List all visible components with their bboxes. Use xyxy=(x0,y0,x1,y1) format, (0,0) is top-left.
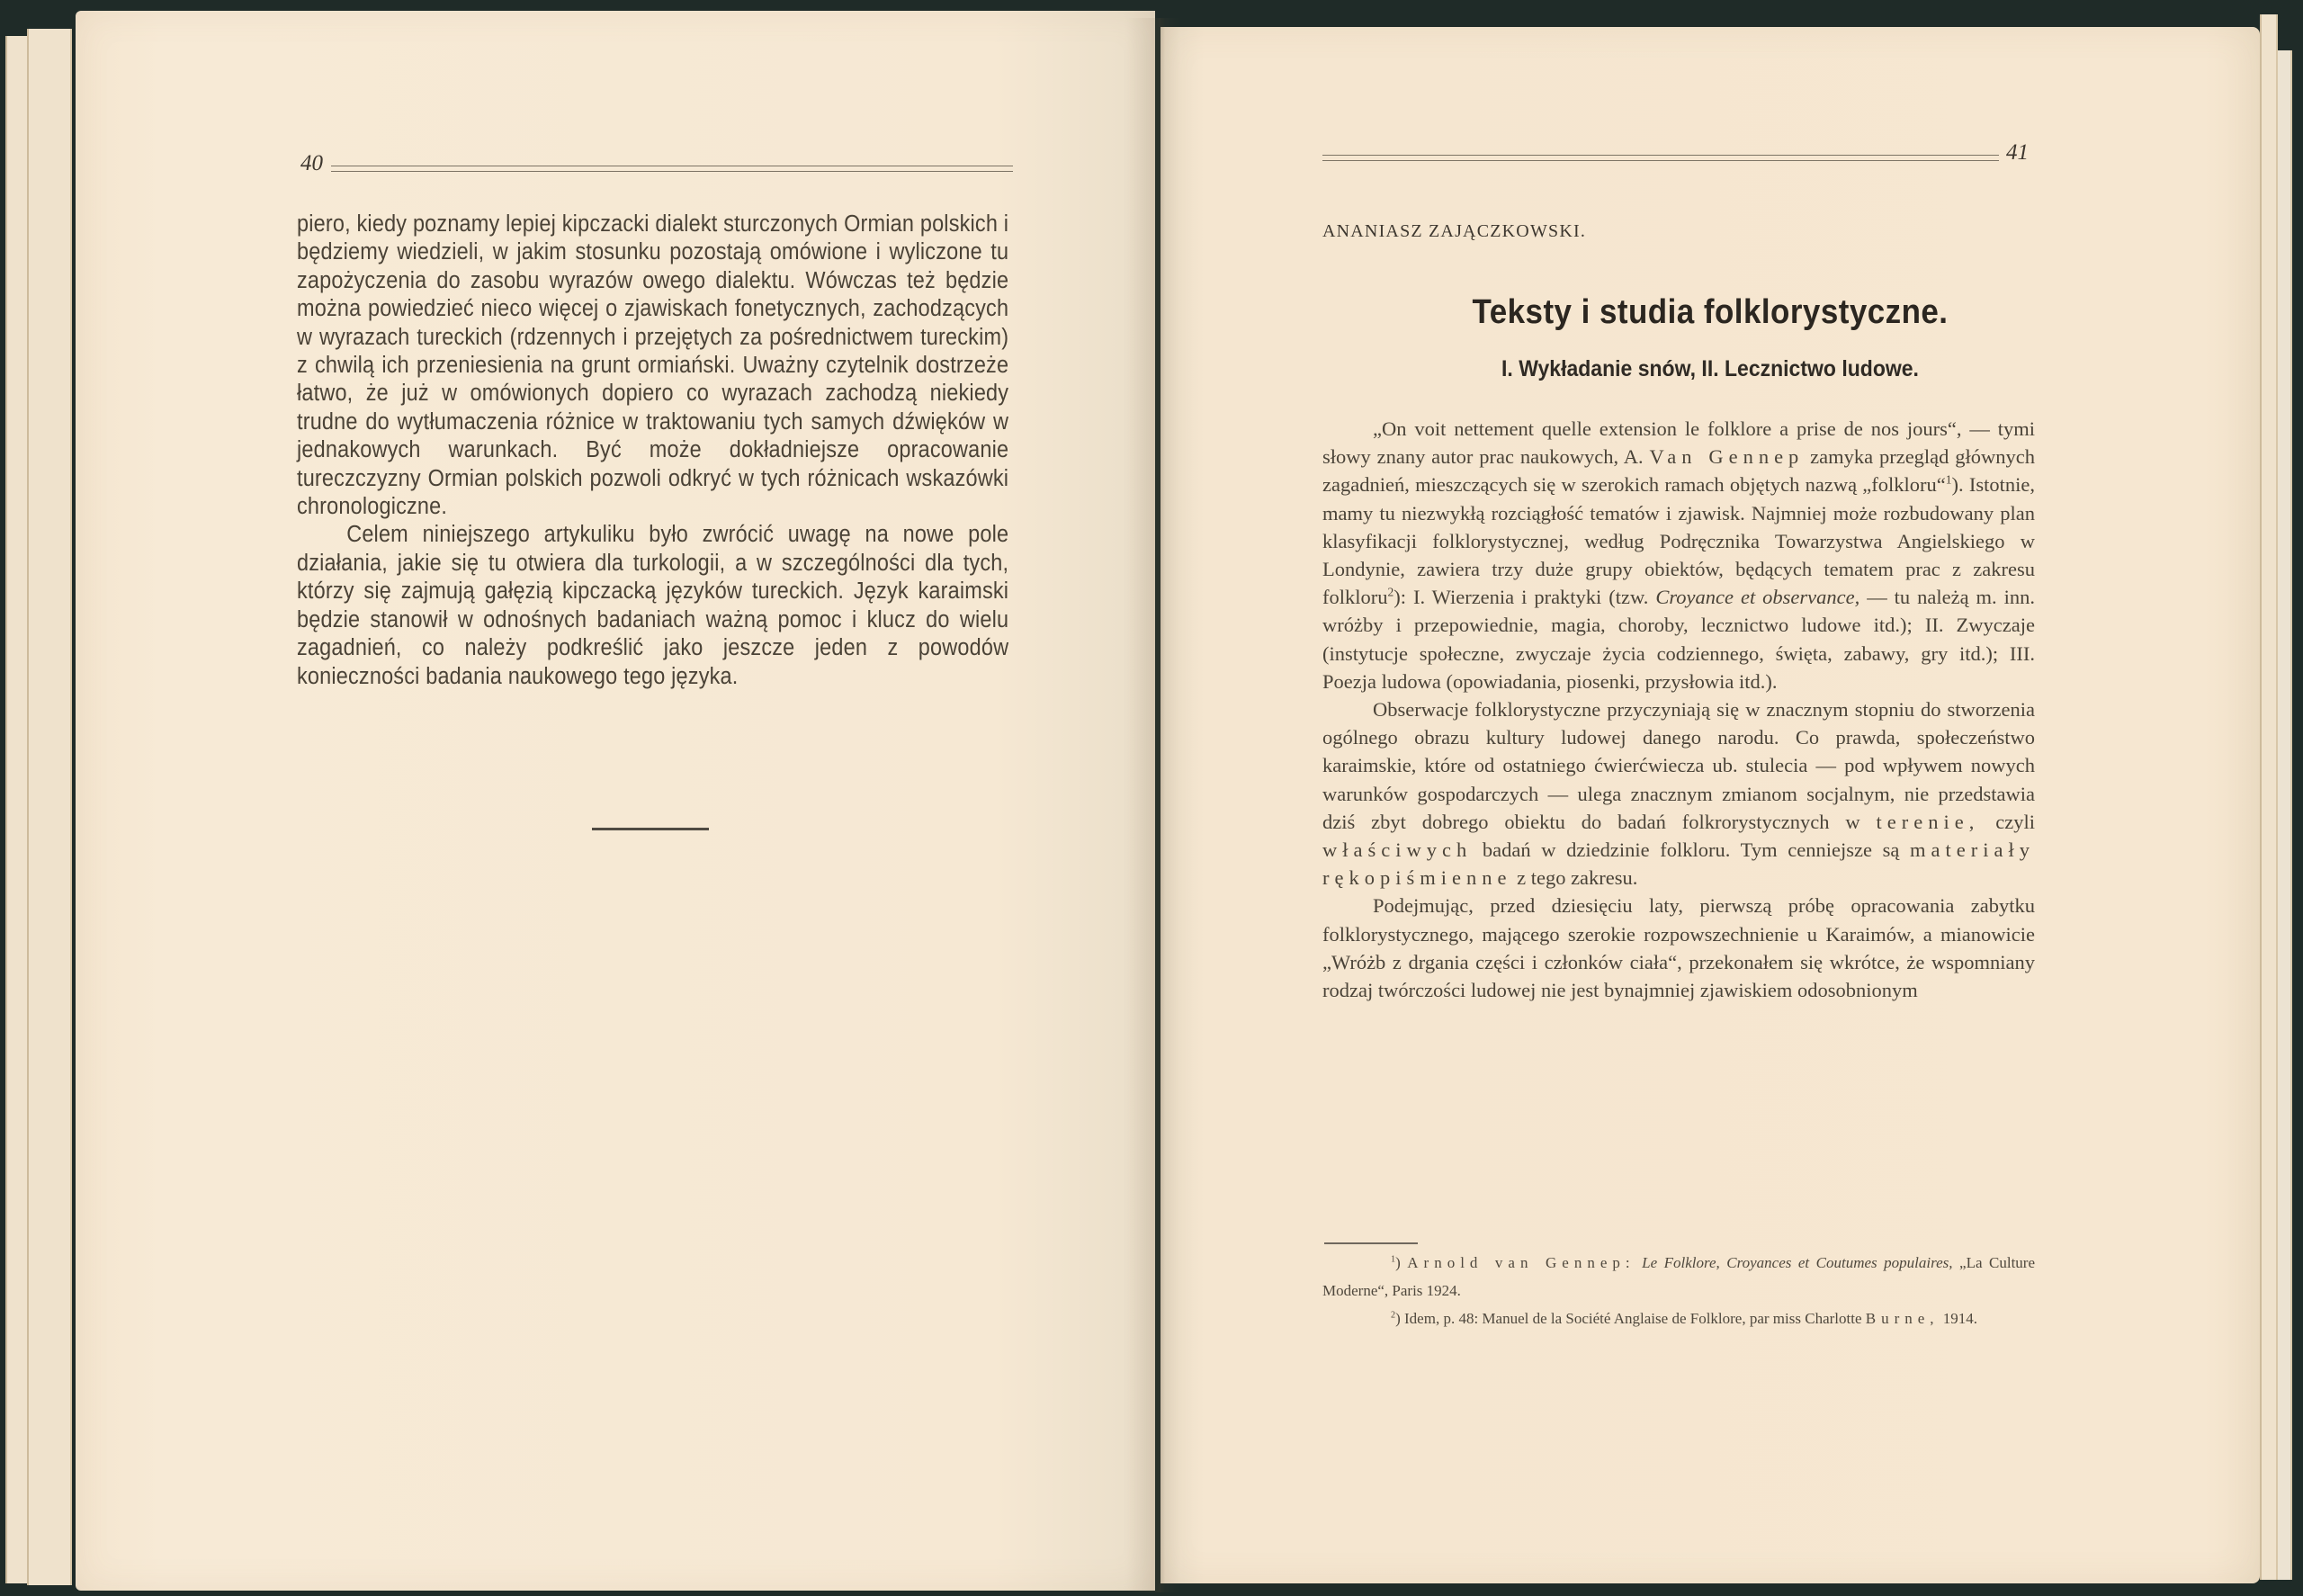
end-of-article-rule xyxy=(592,828,709,830)
footnote-separator xyxy=(1324,1242,1418,1244)
spaced-word-wlasciwych: właściwych xyxy=(1322,838,1472,861)
text-run: ): I. Wierzenia i praktyki (tzw. xyxy=(1393,586,1655,608)
text-run: z tego zakresu. xyxy=(1511,866,1637,889)
text-run: badań w dziedzinie folkloru. Tym cenniej… xyxy=(1472,838,1910,861)
footnote-1: 1) Arnold van Gennep: Le Folklore, Croya… xyxy=(1322,1249,2035,1305)
text-run: Idem, p. 48: Manuel de la Société Anglai… xyxy=(1401,1310,1866,1327)
footnote-mark: 1 xyxy=(1391,1254,1395,1264)
footnote-mark: 2 xyxy=(1391,1310,1395,1320)
page-stack-edge-right-inner xyxy=(2260,14,2278,1580)
right-header-rule xyxy=(1322,155,1999,161)
right-page-body: „On voit nettement quelle extension le f… xyxy=(1322,415,2035,1004)
footnote-work-title: Le Folklore, Croyances et Coutumes popul… xyxy=(1642,1254,1952,1271)
right-paragraph-2: Obserwacje folklorystyczne przyczyniają … xyxy=(1322,695,2035,892)
left-page-body: piero, kiedy poznamy lepiej kipczacki di… xyxy=(297,211,1008,691)
footnotes: 1) Arnold van Gennep: Le Folklore, Croya… xyxy=(1322,1249,2035,1332)
text-run: 1914. xyxy=(1940,1310,1978,1327)
page-stack-edge-right-outer xyxy=(2276,50,2292,1580)
left-page-number: 40 xyxy=(300,151,323,176)
book-spine-gutter xyxy=(1126,18,1180,1592)
spaced-word-terenie: terenie, xyxy=(1877,811,1980,833)
right-paragraph-3: Podejmując, przed dziesięciu laty, pierw… xyxy=(1322,892,2035,1004)
left-paragraph-1: piero, kiedy poznamy lepiej kipczacki di… xyxy=(297,211,1008,521)
left-header-rule xyxy=(331,166,1013,172)
footnote-author: Burne, xyxy=(1866,1310,1940,1327)
text-run: czyli xyxy=(1979,811,2035,833)
page-stack-edge-left-inner xyxy=(27,29,72,1585)
article-subtitle: I. Wykładanie snów, II. Lecznictwo ludow… xyxy=(1205,356,2216,382)
article-author: ANANIASZ ZAJĄCZKOWSKI. xyxy=(1322,221,1586,242)
spaced-name-van-gennep: Van Gennep xyxy=(1650,445,1805,468)
footnote-ref-1[interactable]: 1 xyxy=(1946,473,1952,487)
right-paragraph-1: „On voit nettement quelle extension le f… xyxy=(1322,415,2035,695)
article-title: Teksty i studia folklorystyczne. xyxy=(1205,293,2216,332)
left-paragraph-2: Celem niniejszego artykuliku było zwróci… xyxy=(297,521,1008,690)
right-page-number: 41 xyxy=(2006,140,2029,166)
page-stack-edge-left-outer xyxy=(5,36,29,1583)
italic-phrase: Croyance et observance, xyxy=(1655,586,1859,608)
footnote-2: 2) Idem, p. 48: Manuel de la Société Ang… xyxy=(1322,1305,2035,1332)
footnote-author: Arnold van Gennep: xyxy=(1407,1254,1635,1271)
